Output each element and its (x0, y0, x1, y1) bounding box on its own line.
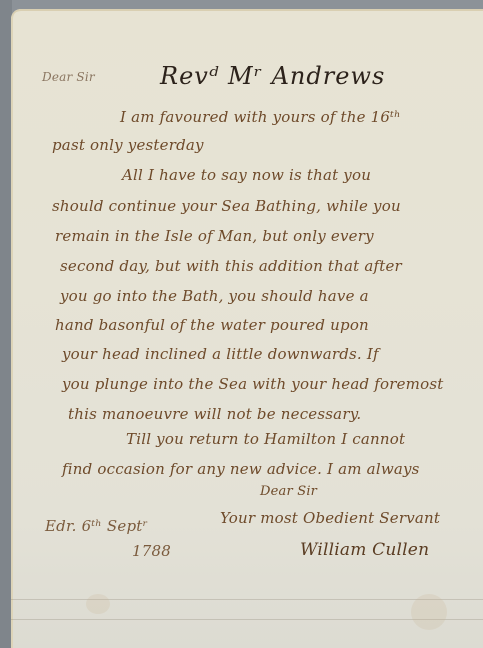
paper-stain (86, 594, 110, 614)
body-line: hand basonful of the water poured upon (55, 316, 369, 334)
body-line: find occasion for any new advice. I am a… (62, 460, 420, 478)
signature: William Cullen (300, 540, 429, 560)
body-line: past only yesterday (52, 136, 204, 154)
body-line: this manoeuvre will not be necessary. (68, 405, 361, 423)
dateline-place-date: Edr. 6ᵗʰ Septʳ (45, 517, 148, 535)
body-line: remain in the Isle of Man, but only ever… (55, 227, 374, 245)
body-line: your head inclined a little downwards. I… (62, 345, 379, 363)
dateline-year: 1788 (132, 542, 171, 560)
addressee: Revᵈ Mʳ Andrews (160, 62, 385, 90)
body-line: second day, but with this addition that … (60, 257, 402, 275)
body-line: you go into the Bath, you should have a (60, 287, 369, 305)
valediction: Your most Obedient Servant (220, 509, 440, 527)
body-line: All I have to say now is that you (122, 166, 371, 184)
paper-stain (411, 594, 447, 630)
body-line: Till you return to Hamilton I cannot (126, 430, 405, 448)
body-line: I am favoured with yours of the 16ᵗʰ (120, 108, 401, 126)
closing-salutation: Dear Sir (260, 484, 317, 499)
fold-line (11, 599, 483, 600)
body-line: should continue your Sea Bathing, while … (52, 197, 401, 215)
salutation: Dear Sir (42, 70, 95, 84)
body-line: you plunge into the Sea with your head f… (62, 375, 443, 393)
